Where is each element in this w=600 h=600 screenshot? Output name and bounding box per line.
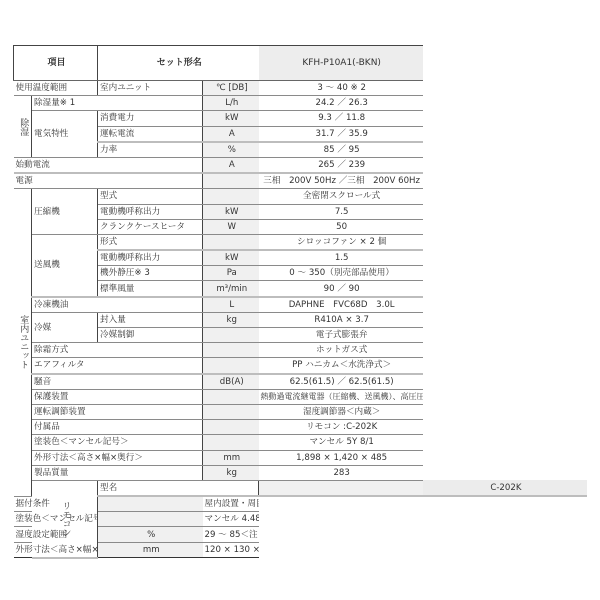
row-label: 始動電流 <box>14 157 203 173</box>
table-row: 据付条件 屋内設置・周囲温度 0 ～+ 40℃・周囲湿度 30 ～ 80% <box>14 496 588 512</box>
model-value: KFH-P10A1(-BKN) <box>259 46 423 81</box>
row-label: 塗装色＜マンセル記号＞ <box>32 435 203 450</box>
table-row: 電動機呼称出力 kW 7.5 <box>14 204 588 219</box>
row-label: 力率 <box>98 142 203 158</box>
row-unit <box>203 173 259 189</box>
row-value: 3 ～ 40 ※ 2 <box>259 81 423 96</box>
row-value: 9.3 ／ 11.8 <box>259 111 423 126</box>
row-unit: mm <box>203 450 259 465</box>
model-header: セット形名 <box>98 46 259 81</box>
row-label: 製品質量 <box>32 465 203 480</box>
subgroup-fan: 送風機 <box>32 234 98 296</box>
row-value: マンセル 4.48Y 7.92/0.66 <box>203 512 259 527</box>
row-unit <box>203 189 259 204</box>
row-label: 除湿量※ 1 <box>32 96 203 111</box>
table-row: 使用温度範囲 室内ユニット ℃ [DB] 3 ～ 40 ※ 2 <box>14 81 588 96</box>
row-sublabel: 室内ユニット <box>98 81 203 96</box>
row-value: 29 ～ 85＜注 7＞ <box>203 527 259 542</box>
row-unit: kW <box>203 250 259 266</box>
table-row: 標準風量 m³/min 90 ／ 90 <box>14 281 588 297</box>
row-value: ホットガス式 <box>259 343 423 358</box>
table-row: リモコン 型名 C-202K <box>14 480 588 496</box>
row-label: 湿度設定範囲 <box>14 527 98 542</box>
table-row: 外形寸法＜高さ×幅×奥行＞ mm 1,898 × 1,420 × 485 <box>14 450 588 465</box>
row-label: 封入量 <box>98 312 203 327</box>
row-label: 標準風量 <box>98 281 203 297</box>
row-label: 保護装置 <box>32 389 203 404</box>
row-value: 1,898 × 1,420 × 485 <box>259 450 423 465</box>
row-value: 50 <box>259 219 423 234</box>
table-row: クランクケースヒータ W 50 <box>14 219 588 234</box>
row-label: 型式 <box>98 189 203 204</box>
row-unit: Pa <box>203 266 259 281</box>
row-value: 85 ／ 95 <box>259 142 423 158</box>
row-unit <box>98 496 203 512</box>
row-value: 7.5 <box>259 204 423 219</box>
row-value: C-202K <box>423 480 587 496</box>
row-label: 付属品 <box>32 420 203 435</box>
row-label: 外形寸法＜高さ×幅×奥行＞ <box>32 450 203 465</box>
table-row: 湿度設定範囲 % 29 ～ 85＜注 7＞ <box>14 527 588 542</box>
row-value: 1.5 <box>259 250 423 266</box>
row-unit: A <box>203 157 259 173</box>
group-indoor-unit: 室内ユニット <box>14 189 32 496</box>
group-dehumidify: 除湿 <box>14 96 32 158</box>
row-unit <box>203 435 259 450</box>
row-label: 電動機呼称出力 <box>98 250 203 266</box>
row-value: マンセル 5Y 8/1 <box>259 435 423 450</box>
table-row: 付属品 リモコン :C-202K <box>14 420 588 435</box>
table-row: 室内ユニット 圧縮機 型式 全密閉スクロール式 <box>14 189 588 204</box>
row-label: 消費電力 <box>98 111 203 126</box>
row-value: 120 × 130 × 28 <box>203 542 259 558</box>
row-value: 62.5(61.5) ／ 62.5(61.5) <box>259 374 423 390</box>
row-unit: % <box>203 142 259 158</box>
row-value: R410A × 3.7 <box>259 312 423 327</box>
table-row: 製品質量 kg 283 <box>14 465 588 480</box>
row-unit <box>203 389 259 404</box>
subgroup-compressor: 圧縮機 <box>32 189 98 235</box>
row-unit: ℃ [DB] <box>203 81 259 96</box>
row-label: 外形寸法＜高さ×幅×奥行＞ <box>14 542 98 558</box>
row-unit: L/h <box>203 96 259 111</box>
table-row: 機外静圧※ 3 Pa 0 ～ 350（別売部品使用） <box>14 266 588 281</box>
row-value: 熱動過電流継電器（圧縮機、送風機）、高圧圧力開閉器、低圧圧力開閉器 <box>259 389 423 404</box>
row-unit <box>203 234 259 250</box>
row-value: 283 <box>259 465 423 480</box>
table-row: 騒音 dB(A) 62.5(61.5) ／ 62.5(61.5) <box>14 374 588 390</box>
table-row: 冷媒 封入量 kg R410A × 3.7 <box>14 312 588 327</box>
row-label: エアフィルタ <box>32 358 203 374</box>
row-value: リモコン :C-202K <box>259 420 423 435</box>
row-value: DAPHNE FVC68D 3.0L <box>259 297 423 313</box>
row-value: 湿度調節器＜内蔵＞ <box>259 404 423 419</box>
table-row: 送風機 形式 シロッコファン × 2 個 <box>14 234 588 250</box>
table-row: 始動電流 A 265 ／ 239 <box>14 157 588 173</box>
row-unit: W <box>203 219 259 234</box>
row-unit: dB(A) <box>203 374 259 390</box>
table-row: 電源 三相 200V 50Hz ／三相 200V 60Hz <box>14 173 588 189</box>
row-unit: A <box>203 126 259 142</box>
row-label: 運転調節装置 <box>32 404 203 419</box>
row-label: 電源 <box>14 173 203 189</box>
row-unit: m³/min <box>203 281 259 297</box>
row-unit: kg <box>203 465 259 480</box>
item-header: 項目 <box>14 46 98 81</box>
table-row: 外形寸法＜高さ×幅×奥行＞ mm 120 × 130 × 28 <box>14 542 588 558</box>
row-value: 31.7 ／ 35.9 <box>259 126 423 142</box>
row-value: 屋内設置・周囲温度 0 ～+ 40℃・周囲湿度 30 ～ 80% <box>203 496 259 512</box>
row-label: 使用温度範囲 <box>14 81 98 96</box>
row-value: 0 ～ 350（別売部品使用） <box>259 266 423 281</box>
row-unit: kg <box>203 312 259 327</box>
row-label: 塗装色＜マンセル記号＞ <box>14 512 98 527</box>
table-row: 塗装色＜マンセル記号＞ マンセル 4.48Y 7.92/0.66 <box>14 512 588 527</box>
row-label: 形式 <box>98 234 203 250</box>
row-label: クランクケースヒータ <box>98 219 203 234</box>
subgroup-electrical: 電気特性 <box>32 111 98 158</box>
row-label: 機外静圧※ 3 <box>98 266 203 281</box>
table-row: 除霜方式 ホットガス式 <box>14 343 588 358</box>
row-label: 運転電流 <box>98 126 203 142</box>
table-row: 冷凍機油 L DAPHNE FVC68D 3.0L <box>14 297 588 313</box>
row-unit <box>98 512 203 527</box>
row-unit: kW <box>203 111 259 126</box>
row-unit: L <box>203 297 259 313</box>
row-unit <box>203 404 259 419</box>
row-unit <box>259 480 423 496</box>
header-row: 項目 セット形名 KFH-P10A1(-BKN) <box>14 46 588 81</box>
row-value: 電子式膨張弁 <box>259 328 423 343</box>
table-row: エアフィルタ PP ハニカム＜水洗浄式＞ <box>14 358 588 374</box>
row-unit <box>203 420 259 435</box>
row-value: 90 ／ 90 <box>259 281 423 297</box>
row-value: 24.2 ／ 26.3 <box>259 96 423 111</box>
row-label: 電動機呼称出力 <box>98 204 203 219</box>
table-row: 力率 % 85 ／ 95 <box>14 142 588 158</box>
row-unit: kW <box>203 204 259 219</box>
row-label: 据付条件 <box>14 496 98 512</box>
table-row: 電動機呼称出力 kW 1.5 <box>14 250 588 266</box>
row-value: 265 ／ 239 <box>259 157 423 173</box>
row-value: PP ハニカム＜水洗浄式＞ <box>259 358 423 374</box>
row-value: 三相 200V 50Hz ／三相 200V 60Hz <box>259 173 423 189</box>
row-value: シロッコファン × 2 個 <box>259 234 423 250</box>
spec-table: 項目 セット形名 KFH-P10A1(-BKN) 使用温度範囲 室内ユニット ℃… <box>13 45 587 559</box>
table-row: 冷媒制御 電子式膨張弁 <box>14 328 588 343</box>
table-row: 運転調節装置 湿度調節器＜内蔵＞ <box>14 404 588 419</box>
table-row: 保護装置 熱動過電流継電器（圧縮機、送風機）、高圧圧力開閉器、低圧圧力開閉器 <box>14 389 588 404</box>
row-unit <box>203 328 259 343</box>
table-row: 塗装色＜マンセル記号＞ マンセル 5Y 8/1 <box>14 435 588 450</box>
row-unit <box>203 358 259 374</box>
table-row: 電気特性 消費電力 kW 9.3 ／ 11.8 <box>14 111 588 126</box>
row-unit: % <box>98 527 203 542</box>
row-label: 除霜方式 <box>32 343 203 358</box>
row-unit <box>203 343 259 358</box>
table-row: 除湿 除湿量※ 1 L/h 24.2 ／ 26.3 <box>14 96 588 111</box>
row-label: 冷凍機油 <box>32 297 203 313</box>
row-unit: mm <box>98 542 203 558</box>
row-label: 騒音 <box>32 374 203 390</box>
table-row: 運転電流 A 31.7 ／ 35.9 <box>14 126 588 142</box>
row-value: 全密閉スクロール式 <box>259 189 423 204</box>
row-label: 型名 <box>98 480 259 496</box>
subgroup-refrigerant: 冷媒 <box>32 312 98 342</box>
row-label: 冷媒制御 <box>98 328 203 343</box>
